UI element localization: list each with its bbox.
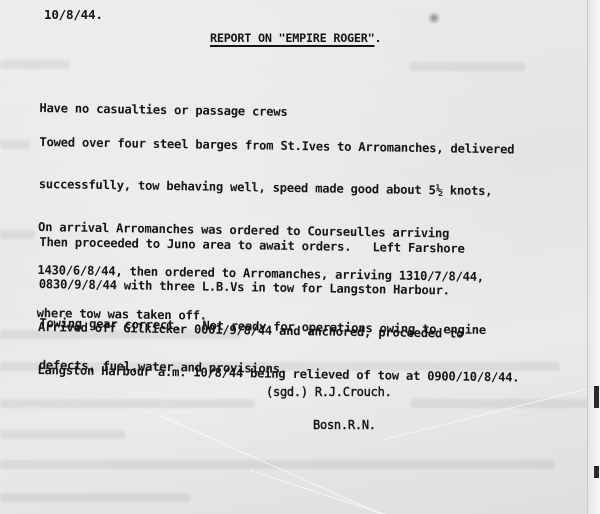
signatory-rank: Bosn.R.N. — [313, 418, 376, 432]
paragraph-line: Towing gear correct. Not ready for opera… — [39, 316, 486, 337]
report-title-period: . — [374, 31, 381, 45]
show-through-line — [0, 430, 125, 439]
paragraph-line: defects, fuel,water and provisions. — [39, 358, 486, 379]
edge-mark — [594, 386, 599, 408]
show-through-line — [0, 60, 70, 69]
show-through-line — [410, 62, 525, 71]
paper-crease — [250, 470, 402, 514]
ink-smudge — [427, 12, 441, 24]
report-date: 10/8/44. — [44, 8, 103, 22]
show-through-line — [0, 140, 30, 149]
paragraph-towing-gear: Towing gear correct. Not ready for opera… — [38, 287, 486, 408]
edge-mark — [594, 466, 599, 478]
signature: (sgd.) R.J.Crouch. — [266, 385, 392, 399]
report-title: REPORT ON "EMPIRE ROGER". — [210, 31, 381, 45]
show-through-line — [0, 493, 190, 502]
paragraph-line: Towed over four steel barges from St.Ive… — [39, 135, 514, 157]
paragraph-line: successfully, tow behaving well, speed m… — [39, 177, 514, 199]
scanned-page: 10/8/44. REPORT ON "EMPIRE ROGER". Have … — [0, 0, 600, 514]
show-through-line — [0, 230, 35, 239]
paragraph-line: Then proceeded to Juno area to await ord… — [39, 235, 521, 257]
report-title-text: REPORT ON "EMPIRE ROGER" — [210, 31, 374, 45]
page-edge — [587, 0, 600, 514]
